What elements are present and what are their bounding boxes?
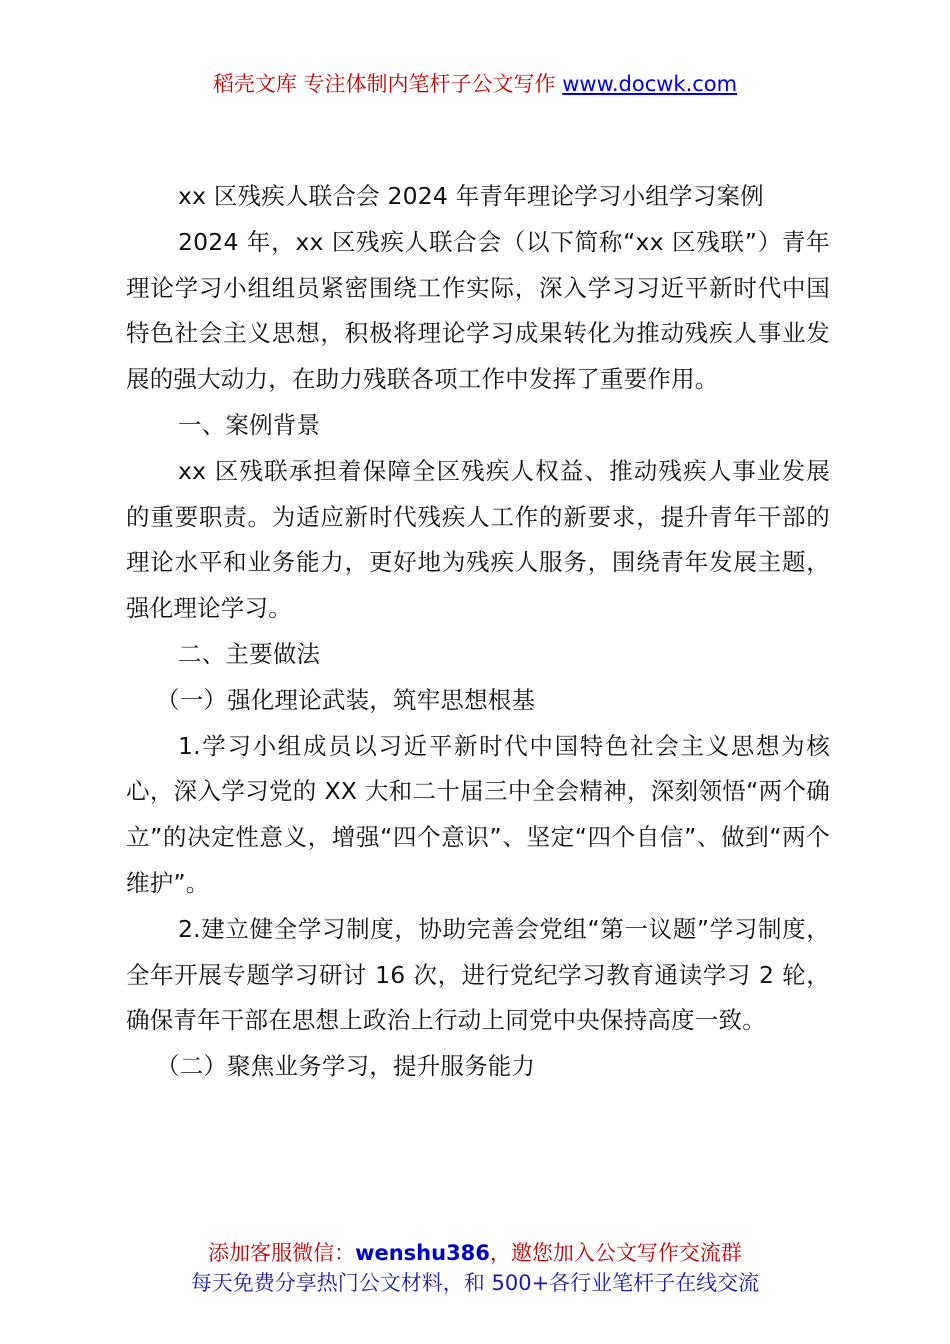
section-heading-background: 一、案例背景 — [126, 403, 830, 449]
page-header: 稻壳文库 专注体制内笔杆子公文写作 www.docwk.com — [0, 68, 950, 100]
footer-line-2: 每天免费分享热门公文材料，和 500+各行业笔杆子在线交流 — [0, 1268, 950, 1298]
section-heading-methods: 二、主要做法 — [126, 632, 830, 678]
footer-suffix: ，邀您加入公文写作交流群 — [490, 1241, 742, 1265]
brand-text: 稻壳文库 专注体制内笔杆子公文写作 — [213, 72, 556, 96]
subsection-heading-2: （二）聚焦业务学习，提升服务能力 — [126, 1044, 830, 1090]
intro-paragraph: 2024 年，xx 区残疾人联合会（以下简称“xx 区残联”）青年理论学习小组组… — [126, 220, 830, 403]
wechat-id: wenshu386 — [355, 1241, 490, 1265]
document-body: xx 区残疾人联合会 2024 年青年理论学习小组学习案例 2024 年，xx … — [126, 174, 830, 1090]
background-paragraph: xx 区残联承担着保障全区残疾人权益、推动残疾人事业发展的重要职责。为适应新时代… — [126, 449, 830, 632]
method-item-2: 2.建立健全学习制度，协助完善会党组“第一议题”学习制度，全年开展专题学习研讨 … — [126, 907, 830, 1044]
method-item-1: 1.学习小组成员以习近平新时代中国特色社会主义思想为核心，深入学习党的 XX 大… — [126, 724, 830, 907]
footer-prefix: 添加客服微信： — [208, 1241, 355, 1265]
document-title: xx 区残疾人联合会 2024 年青年理论学习小组学习案例 — [126, 174, 830, 220]
page-footer: 添加客服微信：wenshu386，邀您加入公文写作交流群 每天免费分享热门公文材… — [0, 1238, 950, 1298]
subsection-heading-1: （一）强化理论武装，筑牢思想根基 — [126, 678, 830, 724]
website-link[interactable]: www.docwk.com — [562, 72, 737, 96]
footer-line-1: 添加客服微信：wenshu386，邀您加入公文写作交流群 — [0, 1238, 950, 1268]
